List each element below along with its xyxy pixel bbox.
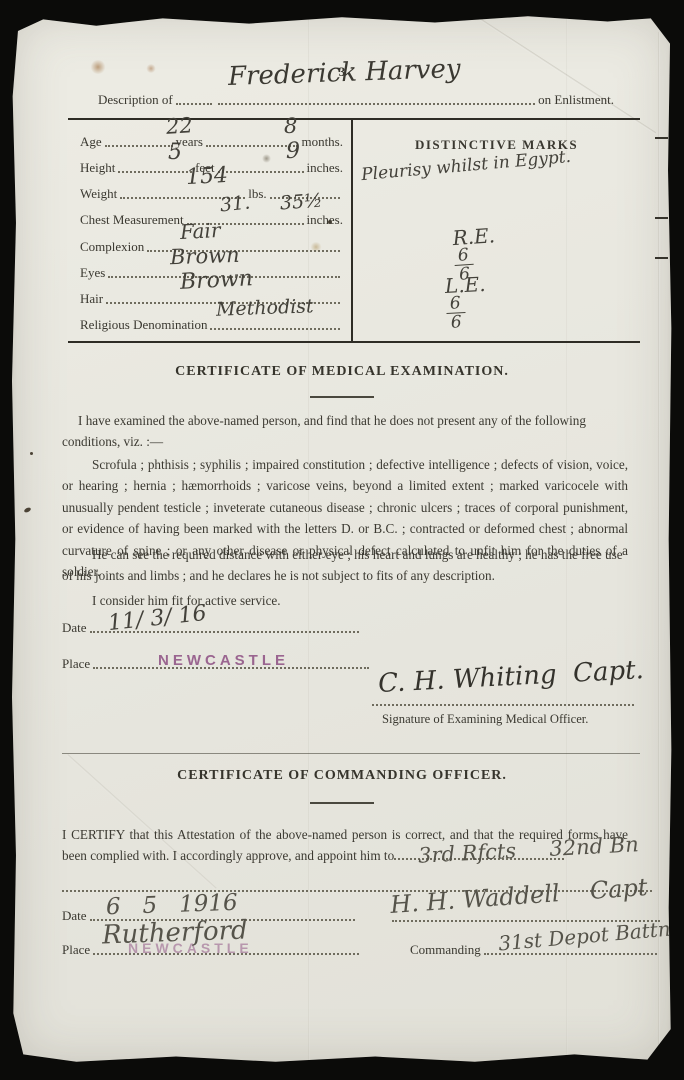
age-label: Age xyxy=(80,134,102,150)
medical-para-3: He can see the required distance with ei… xyxy=(62,544,624,587)
age-unit-years: years xyxy=(176,134,203,150)
signature-line xyxy=(372,702,634,706)
edge-tick xyxy=(655,257,668,259)
dotted-leader xyxy=(120,195,245,199)
weight-label: Weight xyxy=(80,186,117,202)
commanding-certificate-title: CERTIFICATE OF COMMANDING OFFICER. xyxy=(10,768,674,784)
newcastle-stamp-partial: NEWCASTLE xyxy=(128,940,268,956)
signature-line xyxy=(392,918,660,922)
height-unit-inches: inches. xyxy=(307,160,343,176)
acuity-denominator: 6 xyxy=(450,313,462,331)
row-weight: Weight lbs. 154 xyxy=(68,178,351,204)
acuity-numerator: 6 xyxy=(445,295,465,314)
dotted-leader xyxy=(147,248,340,252)
dotted-leader xyxy=(90,629,359,633)
dotted-leader xyxy=(90,917,355,921)
left-eye-label: L.E. xyxy=(444,272,486,298)
height-label: Height xyxy=(80,160,115,176)
left-eye-acuity: 66 xyxy=(445,295,466,331)
hair-label: Hair xyxy=(80,291,103,307)
description-header: Description of on Enlistment. xyxy=(98,92,614,108)
dotted-leader xyxy=(394,856,564,860)
acuity-denominator: 6 xyxy=(459,265,471,283)
dotted-leader xyxy=(118,169,192,173)
row-religion: Religious Denomination Methodist xyxy=(68,309,351,335)
date-label: Date xyxy=(62,620,87,636)
age-unit-months: months. xyxy=(301,134,343,150)
right-fold-crease xyxy=(658,32,660,1066)
section-rule xyxy=(310,802,374,804)
medical-para-4-text: I consider him fit for active service. xyxy=(62,590,624,611)
dotted-leader xyxy=(270,195,340,199)
distinctive-marks-title: DISTINCTIVE MARKS xyxy=(353,120,640,153)
weight-unit: lbs. xyxy=(248,186,266,202)
scanned-attestation-page: 3 Description of on Enlistment. Frederic… xyxy=(10,12,674,1066)
place-label: Place xyxy=(62,942,90,958)
right-eye-label: R.E. xyxy=(452,223,496,250)
handwritten-marks-note: Pleurisy whilst in Egypt. xyxy=(361,149,572,184)
dotted-leader xyxy=(187,221,304,225)
commanding-date-row: Date xyxy=(62,908,358,924)
dotted-leader xyxy=(210,326,340,330)
dotted-leader xyxy=(484,951,657,955)
eyes-label: Eyes xyxy=(80,265,105,281)
row-eyes: Eyes Brown xyxy=(68,257,351,283)
commanding-unit-row: Commanding xyxy=(410,942,660,958)
description-prefix: Description of xyxy=(98,92,173,108)
dotted-leader xyxy=(218,169,304,173)
religion-label: Religious Denomination xyxy=(80,317,207,333)
dotted-leader xyxy=(218,101,535,105)
medical-para-4: I consider him fit for active service. xyxy=(62,590,624,611)
row-age: Age years months. 22 8 xyxy=(68,126,351,152)
acuity-numerator: 6 xyxy=(453,247,473,266)
handwritten-age-months: 8 xyxy=(284,116,297,137)
newcastle-stamp: NEWCASTLE xyxy=(158,652,289,669)
dotted-leader xyxy=(106,300,340,304)
dotted-leader xyxy=(206,143,299,147)
row-complexion: Complexion Fair xyxy=(68,231,351,257)
date-label: Date xyxy=(62,908,87,924)
complexion-label: Complexion xyxy=(80,239,144,255)
right-eye-acuity: 66 xyxy=(453,247,474,284)
chest-label: Chest Measurement xyxy=(80,212,184,228)
medical-para-1-text: I have examined the above-named person, … xyxy=(62,410,624,453)
description-table-left: Age years months. 22 8 Height feet inche… xyxy=(68,120,353,341)
handwritten-vision-left: L.E. 66 xyxy=(393,253,499,353)
medical-para-1: I have examined the above-named person, … xyxy=(62,410,624,453)
row-hair: Hair Brown xyxy=(68,283,351,309)
dotted-leader xyxy=(108,274,340,278)
place-label: Place xyxy=(62,656,90,672)
page-number: 3 xyxy=(10,64,674,80)
medical-certificate-title: CERTIFICATE OF MEDICAL EXAMINATION. xyxy=(10,364,674,380)
row-chest: Chest Measurement inches. 31. 35½ xyxy=(68,204,351,230)
commanding-officer-signature: H. H. Waddell Capt xyxy=(389,875,648,917)
section-divider xyxy=(62,753,640,754)
section-rule xyxy=(310,396,374,398)
continuation-line xyxy=(62,888,652,892)
medical-date-row: Date xyxy=(62,620,362,636)
medical-officer-signature: C. H. Whiting Capt. xyxy=(378,657,645,697)
edge-tick xyxy=(655,217,668,219)
certify-paragraph: I CERTIFY that this Attestation of the a… xyxy=(62,824,628,867)
height-unit-feet: feet xyxy=(195,160,214,176)
handwritten-vision-right: R.E. 66 xyxy=(400,205,510,307)
description-table: Age years months. 22 8 Height feet inche… xyxy=(68,118,640,343)
distinctive-marks-cell: DISTINCTIVE MARKS Pleurisy whilst in Egy… xyxy=(353,120,640,341)
margin-pencil-mark xyxy=(23,507,31,514)
speck xyxy=(30,452,33,455)
dotted-leader xyxy=(105,143,173,147)
commanding-label: Commanding xyxy=(410,942,481,958)
chest-unit: inches. xyxy=(307,212,343,228)
dotted-leader xyxy=(176,101,212,105)
signature-caption: Signature of Examining Medical Officer. xyxy=(382,712,588,727)
description-suffix: on Enlistment. xyxy=(538,92,614,108)
edge-tick xyxy=(655,137,668,139)
medical-para-3-text: He can see the required distance with ei… xyxy=(62,544,624,587)
row-height: Height feet inches. 5 9 xyxy=(68,152,351,178)
